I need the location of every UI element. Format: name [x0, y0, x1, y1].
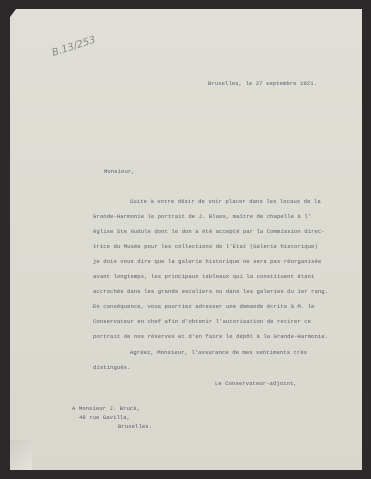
recipient-city: Bruxelles.	[118, 423, 152, 430]
body-line: église Ste Gudule dont le don a été acce…	[93, 228, 325, 235]
body-line: avant longtemps, les principaux tableaux…	[93, 273, 314, 280]
recipient-street: 48 rue Gavilla,	[79, 414, 130, 421]
body-line: En conséquence, vous pourriez adresser u…	[93, 303, 314, 310]
closing-line: Agréez, Monsieur, l'assurance de mes sen…	[130, 349, 307, 356]
closing-line: distingués.	[93, 364, 130, 371]
place-date: Bruxelles, le 27 septembre 1921.	[208, 80, 317, 87]
folded-corner	[10, 440, 32, 470]
body-line: portrait de nos réserves et d'en faire l…	[93, 333, 328, 340]
signature-line: Le Conservateur-adjoint,	[215, 380, 297, 387]
body-line: accrochés dans les grands escaliers ou d…	[93, 288, 328, 295]
salutation: Monsieur,	[104, 168, 135, 175]
body-line: je dois vous dire que la galerie histori…	[93, 258, 321, 265]
body-line: Suite à votre désir de voir placer dans …	[130, 198, 321, 205]
document-page	[10, 9, 362, 470]
recipient-name: A Monsieur J. Bruck,	[72, 405, 140, 412]
body-line: trice du Musée pour les collections de l…	[93, 243, 318, 250]
body-line: Conservateur en chef afin d'obtenir l'au…	[93, 318, 311, 325]
body-line: Grande-Harmonie le portrait de J. Blaes,…	[93, 213, 311, 220]
